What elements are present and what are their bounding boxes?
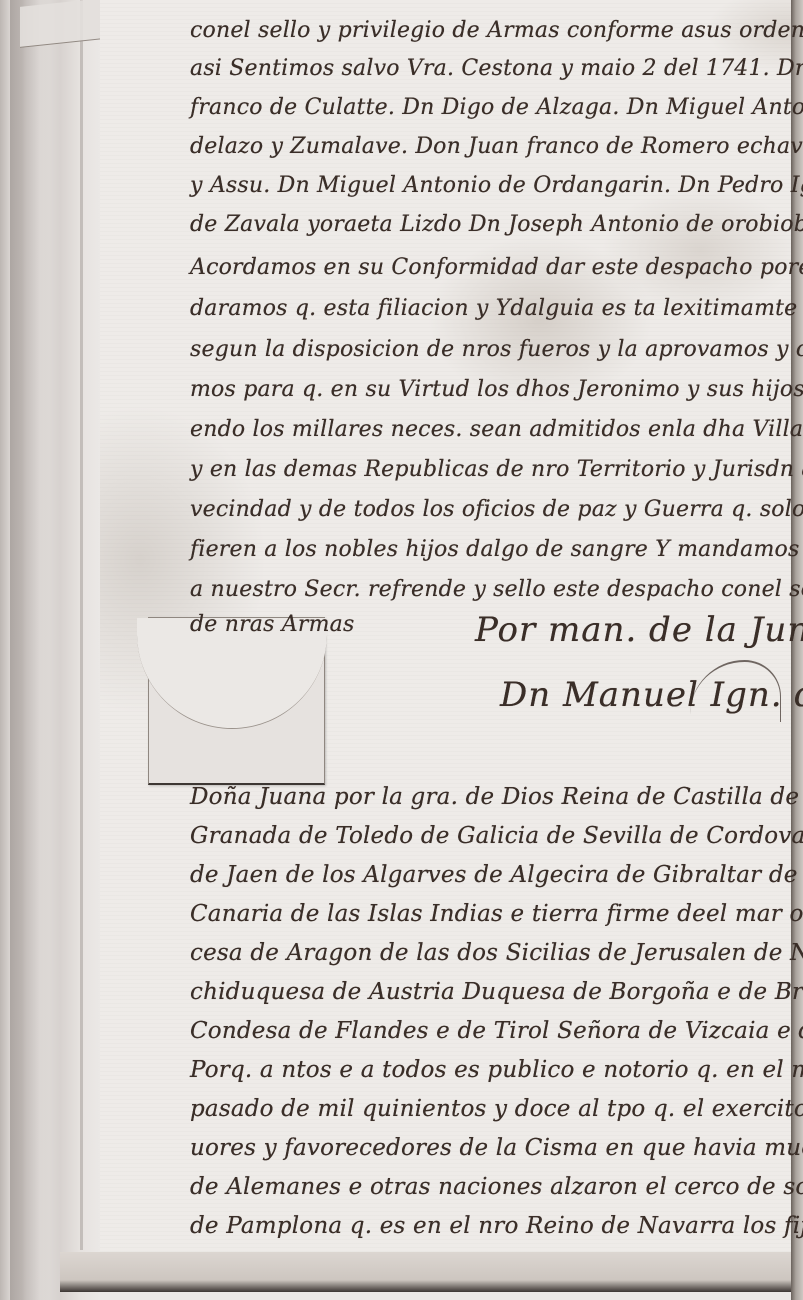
text-line: vecindad y de todos los oficios de paz y… (190, 497, 803, 522)
text-line: endo los millares neces. sean admitidos … (190, 417, 803, 442)
text-line: cesa de Aragon de las dos Sicilias de Je… (190, 940, 803, 966)
text-line: mos para q. en su Virtud los dhos Jeroni… (190, 377, 803, 402)
text-line: y Assu. Dn Miguel Antonio de Ordangarin.… (190, 173, 803, 198)
text-line: delazo y Zumalave. Don Juan franco de Ro… (190, 134, 803, 159)
text-line: de nras Armas (190, 612, 354, 637)
leaf-bottom-edge (60, 1252, 803, 1292)
text-line: fieren a los nobles hijos dalgo de sangr… (190, 537, 799, 562)
text-line: Granada de Toledo de Galicia de Sevilla … (190, 823, 803, 849)
folio-edge-line (80, 0, 83, 1250)
text-line: Doña Juana por la gra. de Dios Reina de … (190, 784, 803, 810)
text-line: chiduquesa de Austria Duquesa de Borgoña… (190, 979, 803, 1005)
signature-por-mandado: Por man. de la Junta (475, 610, 803, 650)
text-line: daramos q. esta filiacion y Ydalguia es … (190, 296, 803, 321)
text-line: uores y favorecedores de la Cisma en que… (190, 1135, 803, 1161)
text-line: Canaria de las Islas Indias e tierra fir… (190, 901, 803, 927)
text-line: de Jaen de los Algarves de Algecira de G… (190, 862, 803, 888)
text-line: y en las demas Republicas de nro Territo… (190, 457, 803, 482)
text-line: Porq. a ntos e a todos es publico e noto… (190, 1057, 803, 1083)
text-line: a nuestro Secr. refrende y sello este de… (190, 577, 803, 602)
text-line: Condesa de Flandes e de Tirol Señora de … (190, 1018, 803, 1044)
text-line: segun la disposicion de nros fueros y la… (190, 337, 803, 362)
text-line: de Pamplona q. es en el nro Reino de Nav… (190, 1213, 803, 1239)
text-line: franco de Culatte. Dn Digo de Alzaga. Dn… (190, 95, 803, 120)
text-line: de Zavala yoraeta Lizdo Dn Joseph Antoni… (190, 212, 803, 237)
text-line: Acordamos en su Conformidad dar este des… (190, 255, 803, 280)
text-line: conel sello y privilegio de Armas confor… (190, 18, 803, 43)
text-line: asi Sentimos salvo Vra. Cestona y maio 2… (190, 56, 803, 81)
binding-spine-shadow (10, 0, 50, 1300)
paper-seal-patch (148, 617, 325, 785)
text-line: de Alemanes e otras naciones alzaron el … (190, 1174, 803, 1200)
text-line: pasado de mil quinientos y doce al tpo q… (190, 1096, 803, 1122)
